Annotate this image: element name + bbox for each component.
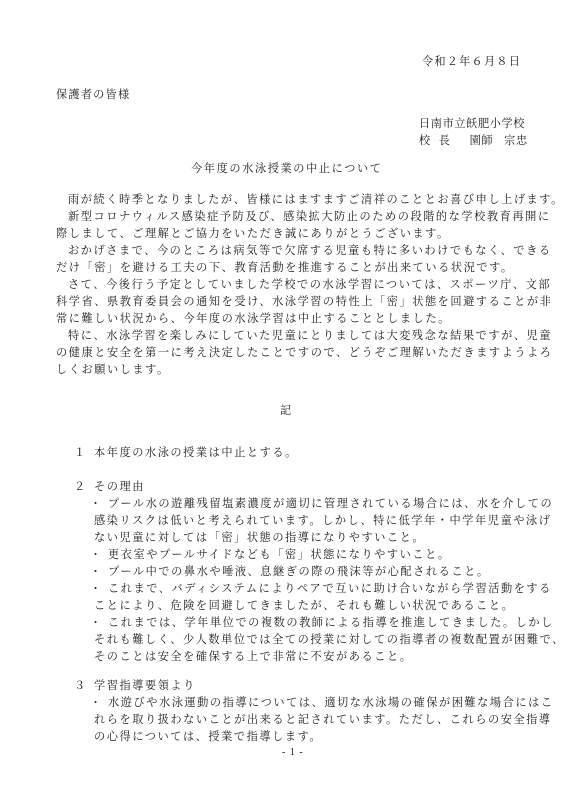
bullet-marker: ・ [90,497,101,511]
role-char-2: 長 [439,134,451,147]
bullet-line: ない児童に対しては「密」状態の指導になりやすいこと。 [94,531,425,545]
principal-surname: 園師 [470,134,494,147]
item-heading: 本年度の水泳の授業は中止とする。 [94,446,298,460]
bullet-marker: ・ [90,582,101,596]
bullet-marker: ・ [90,548,101,562]
bullet-line: 感染リスクは低いと考えられています。しかし、特に低学年・中学年児童や泳げ [94,514,551,528]
body-line: 際しまして、ご理解とご協力をいただき誠にありがとうございます。 [56,227,450,241]
bullet-line: 更衣室やプールサイドなども「密」状態になりやすいこと。 [108,548,451,562]
bullet-marker: ・ [90,565,101,579]
sender-school: 日南市立飫肥小学校 [419,117,525,131]
bullet-line: これまでは、学年単位での複数の教師による指導を推進してきました。しかし [108,616,554,630]
bullet-line: ことにより、危険を回避してきましたが、それも難しい状況であること。 [94,599,514,613]
bullet-line: の心得については、授業で指導します。 [94,730,322,744]
item-heading: 学習指導要領より [94,679,196,693]
body-line: 新型コロナウィルス感染症予防及び、感染拡大防止のための段階的な学校教育再開に [68,210,551,224]
body-line: しくお願いします。 [56,363,170,377]
bullet-line: プール中での鼻水や唾液、息継ぎの際の飛沫等が心配されること。 [108,565,490,579]
bullet-line: それも難しく、少人数単位では全ての授業に対しての指導者の複数配置が困難で、 [94,633,565,647]
body-line: 特に、水泳学習を楽しみにしていた児童にとりましては大変残念な結果ですが、児童 [68,329,552,343]
document-page: 令和２年６月８日 保護者の皆様 日南市立飫肥小学校 校長園師宗忠 今年度の水泳授… [0,0,566,800]
bullet-marker: ・ [90,696,101,710]
bullet-line: 水遊びや水泳運動の指導については、適切な水泳場の確保が困難な場合にはこ [108,696,554,710]
item-number: ２ [74,480,87,494]
body-line: の健康と安全を第一に考え決定したことですので、どうぞご理解いただきますようよろ [56,346,553,360]
bullet-marker: ・ [90,616,101,630]
principal-given-name: 宗忠 [504,134,528,147]
body-line: さて、今後行う予定としていました学校での水泳学習については、スポーツ庁、文部 [68,278,551,292]
document-title: 今年度の水泳授業の中止について [191,162,383,176]
ki-heading: 記 [280,404,293,418]
body-line: だけ「密」を避ける工夫の下、教育活動を推進することが出来ている状況です。 [56,261,514,275]
page-number: - 1 - [282,746,304,760]
bullet-line: プール水の遊離残留塩素濃度が適切に管理されている場合には、水を介しての [108,497,553,511]
body-line: 科学省、県教育委員会の通知を受け、水泳学習の特性上「密」状態を回避することが非 [56,295,552,309]
bullet-line: これまで、バディシステムによりペアで互いに助け合いながら学習活動をする [108,582,552,596]
role-char-1: 校 [419,134,431,147]
addressee: 保護者の皆様 [56,88,130,102]
document-date: 令和２年６月８日 [422,55,521,69]
body-line: おかげさまで、今のところは病気等で欠席する児童も特に多いわけでもなく、できる [68,244,552,258]
item-number: １ [74,446,87,460]
body-line: 常に難しい状況から、今年度の水泳学習は中止することとしました。 [56,312,451,326]
bullet-line: れらを取り扱わないことが出来ると記されています。ただし、これらの安全指導 [94,713,552,727]
item-number: ３ [74,679,87,693]
sender-principal: 校長園師宗忠 [419,134,528,148]
item-heading: その理由 [94,480,145,494]
body-line: 雨が続く時季となりましたが、皆様にはますますご清祥のこととお喜び申し上げます。 [68,193,564,207]
bullet-line: そのことは安全を確保する上で非常に不安があること。 [94,650,412,664]
